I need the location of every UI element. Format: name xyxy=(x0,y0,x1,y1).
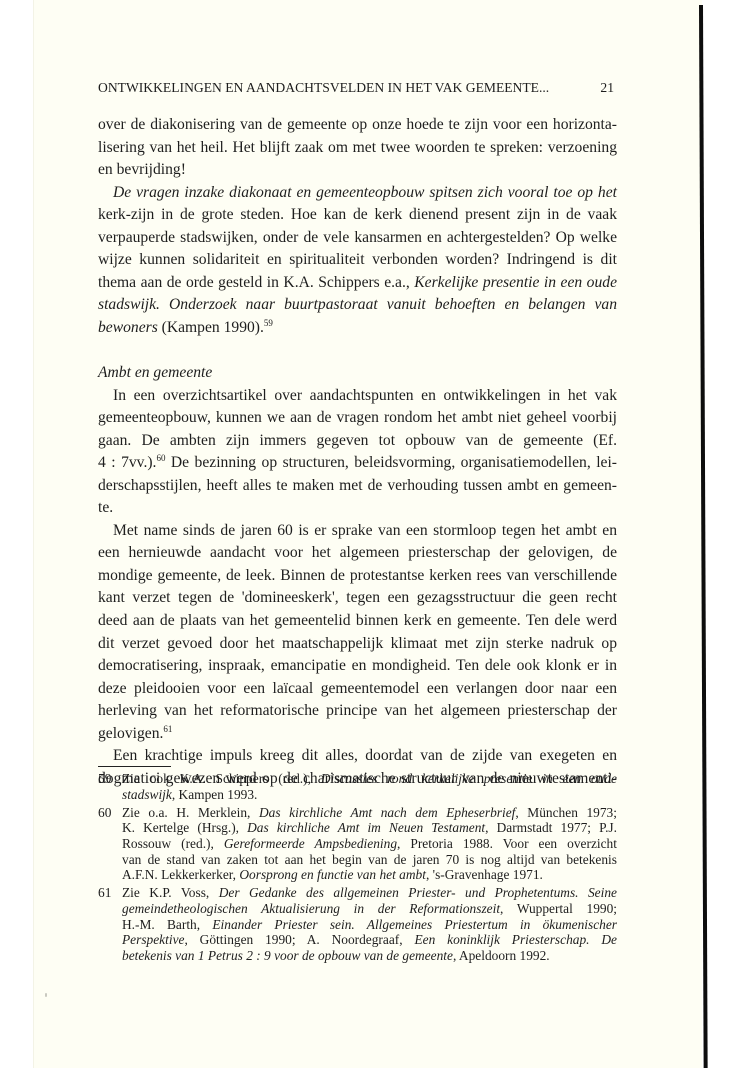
text-line: deed aan de plaats van het gemeentelid b… xyxy=(98,610,617,633)
book-title: Perspektive xyxy=(122,932,184,947)
text-line: 4 : 7vv.).60 De bezinning op structuren,… xyxy=(98,452,617,475)
text-line: dit verzet gevoed door het maatschappeli… xyxy=(98,633,617,656)
footnote-number: 61 xyxy=(98,885,111,901)
text-line: mondige gemeente, de leek. Binnen de pro… xyxy=(98,565,617,588)
book-title: betekenis van 1 Petrus 2 : 9 voor de opb… xyxy=(122,948,453,963)
footnote-number: 60 xyxy=(98,805,111,821)
running-head: ONTWIKKELINGEN EN AANDACHTSVELDEN IN HET… xyxy=(98,80,617,96)
text-line: herleving van het reformatorische princi… xyxy=(98,700,617,723)
section-heading-text: Ambt en gemeente xyxy=(98,364,212,381)
text-line: deze pleidooien voor een laïcaal gemeent… xyxy=(98,678,617,701)
text-line: te. xyxy=(98,497,617,520)
footnote-line: stadswijk, Kampen 1993. xyxy=(122,787,617,803)
paragraph: In een overzichtsartikel over aandachtsp… xyxy=(98,385,617,520)
footnote-line: van de stand van zaken tot aan het begin… xyxy=(122,852,617,868)
text-run: A.F.N. Lekkerkerker, xyxy=(122,867,239,882)
text-run: Zie K.P. Voss, xyxy=(122,885,219,900)
book-title: Kerkelijke presentie in een oude xyxy=(414,274,617,291)
text-line: Met name sinds de jaren 60 is er sprake … xyxy=(98,520,617,543)
text-line: wijze kunnen solidariteit en spiritualit… xyxy=(98,249,617,272)
footnote-line: K. Kertelge (Hrsg.), Das kirchliche Amt … xyxy=(122,820,617,836)
running-head-title: ONTWIKKELINGEN EN AANDACHTSVELDEN IN HET… xyxy=(98,80,549,96)
text-line: kerk-zijn in de grote steden. Hoe kan de… xyxy=(98,204,617,227)
text-run: thema aan de orde gesteld in K.A. Schipp… xyxy=(98,274,414,291)
section-gap xyxy=(98,339,617,362)
book-title: Der Gedanke des allgemeinen Priester- un… xyxy=(219,885,617,900)
text-line: Een krachtige impuls kreeg dit alles, do… xyxy=(98,745,617,768)
footnote-61: 61 Zie K.P. Voss, Der Gedanke des allgem… xyxy=(98,885,617,963)
text-run: 4 : 7vv.). xyxy=(98,454,156,471)
footnote-line: Zie ook K.A. Schippers (red.), Discussie… xyxy=(122,771,617,787)
footnote-60: 60 Zie o.a. H. Merklein, Das kirchliche … xyxy=(98,805,617,883)
text-run: , 's-Gravenhage 1971. xyxy=(426,867,543,882)
text-line: gaan. De ambten zijn immers gegeven tot … xyxy=(98,430,617,453)
footnote-59: 59 Zie ook K.A. Schippers (red.), Discus… xyxy=(98,771,617,802)
paragraph: Met name sinds de jaren 60 is er sprake … xyxy=(98,520,617,745)
text-run: Rossouw (red.), xyxy=(122,836,224,851)
text-run: gelovigen. xyxy=(98,725,163,742)
text-line: stadswijk. Onderzoek naar buurtpastoraat… xyxy=(98,294,617,317)
text-line: thema aan de orde gesteld in K.A. Schipp… xyxy=(98,272,617,295)
paragraph: De vragen inzake diakonaat en gemeenteop… xyxy=(98,182,617,340)
footnote-line: Rossouw (red.), Gereformeerde Ampsbedien… xyxy=(122,836,617,852)
text-line: gemeenteopbouw, kunnen we aan de vragen … xyxy=(98,407,617,430)
book-title: stadswijk xyxy=(122,787,172,802)
book-title: Das kirchliche Amt im Neuen Testament xyxy=(247,820,485,835)
scan-speck xyxy=(45,993,47,997)
book-title: Gereformeerde Ampsbediening xyxy=(224,836,397,851)
text-line: kant verzet tegen de 'domineeskerk', teg… xyxy=(98,587,617,610)
footnote-number: 59 xyxy=(98,771,111,787)
footnote-separator xyxy=(98,766,171,767)
footnote-ref[interactable]: 59 xyxy=(264,318,273,328)
text-run: , Göttingen 1990; A. Noordegraaf, xyxy=(184,932,414,947)
book-title: stadswijk. Onderzoek naar buurtpastoraat… xyxy=(98,296,617,313)
text-run: , Apeldoorn 1992. xyxy=(453,948,550,963)
text-run: H.-M. Barth, xyxy=(122,917,212,932)
book-title: bewoners xyxy=(98,319,158,336)
text-line: gelovigen.61 xyxy=(98,723,617,746)
text-line: derschapsstijlen, heeft alles te maken m… xyxy=(98,475,617,498)
book-title: gemeindetheologischen Aktualisierung in … xyxy=(122,901,500,916)
text-line: een hernieuwde aandacht voor het algemee… xyxy=(98,542,617,565)
text-run: Zie ook K.A. Schippers (red.), xyxy=(122,771,321,786)
footnote-line: Zie K.P. Voss, Der Gedanke des allgemein… xyxy=(122,885,617,901)
paragraph: over de diakonisering van de gemeente op… xyxy=(98,114,617,182)
text-line: en bevrijding! xyxy=(98,159,617,182)
italic-text: De vragen inzake diakonaat en gemeenteop… xyxy=(113,184,617,201)
section-heading: Ambt en gemeente xyxy=(98,362,617,385)
text-run: Zie o.a. H. Merklein, xyxy=(122,805,259,820)
text-line: over de diakonisering van de gemeente op… xyxy=(98,114,617,137)
body-text: over de diakonisering van de gemeente op… xyxy=(98,114,617,790)
book-title: Discussies rond kerkelijke presentie in … xyxy=(321,771,617,786)
footnote-line: Zie o.a. H. Merklein, Das kirchliche Amt… xyxy=(122,805,617,821)
book-title: Einander Priester sein. Allgemeines Prie… xyxy=(212,917,617,932)
book-title: Das kirchliche Amt nach dem Epheserbrief xyxy=(259,805,515,820)
text-run: (Kampen 1990). xyxy=(158,319,264,336)
text-run: De bezinning op structuren, beleidsvormi… xyxy=(165,454,617,471)
footnotes: 59 Zie ook K.A. Schippers (red.), Discus… xyxy=(98,771,617,966)
text-run: , München 1973; xyxy=(515,805,617,820)
text-line: verpauperde stadswijken, onder de vele k… xyxy=(98,227,617,250)
text-line: In een overzichtsartikel over aandachtsp… xyxy=(98,385,617,408)
book-title: Een koninklijk Priesterschap. De xyxy=(414,932,617,947)
text-line: lisering van het heil. Het blijft zaak o… xyxy=(98,137,617,160)
page-number: 21 xyxy=(600,80,617,96)
text-run: , Pretoria 1988. Voor een overzicht xyxy=(397,836,617,851)
footnote-line: Perspektive, Göttingen 1990; A. Noordegr… xyxy=(122,932,617,948)
footnote-ref[interactable]: 61 xyxy=(163,724,172,734)
book-title: Oorsprong en functie van het ambt xyxy=(239,867,426,882)
text-run: , Kampen 1993. xyxy=(172,787,258,802)
text-line: democratisering, inspraak, emancipatie e… xyxy=(98,655,617,678)
text-run: K. Kertelge (Hrsg.), xyxy=(122,820,247,835)
text-run: , Darmstadt 1977; P.J. xyxy=(485,820,617,835)
text-line: bewoners (Kampen 1990).59 xyxy=(98,317,617,340)
footnote-line: A.F.N. Lekkerkerker, Oorsprong en functi… xyxy=(122,867,617,883)
footnote-line: gemeindetheologischen Aktualisierung in … xyxy=(122,901,617,917)
text-run: , Wuppertal 1990; xyxy=(500,901,617,916)
footnote-line: betekenis van 1 Petrus 2 : 9 voor de opb… xyxy=(122,948,617,964)
footnote-line: H.-M. Barth, Einander Priester sein. All… xyxy=(122,917,617,933)
text-line: De vragen inzake diakonaat en gemeenteop… xyxy=(98,182,617,205)
